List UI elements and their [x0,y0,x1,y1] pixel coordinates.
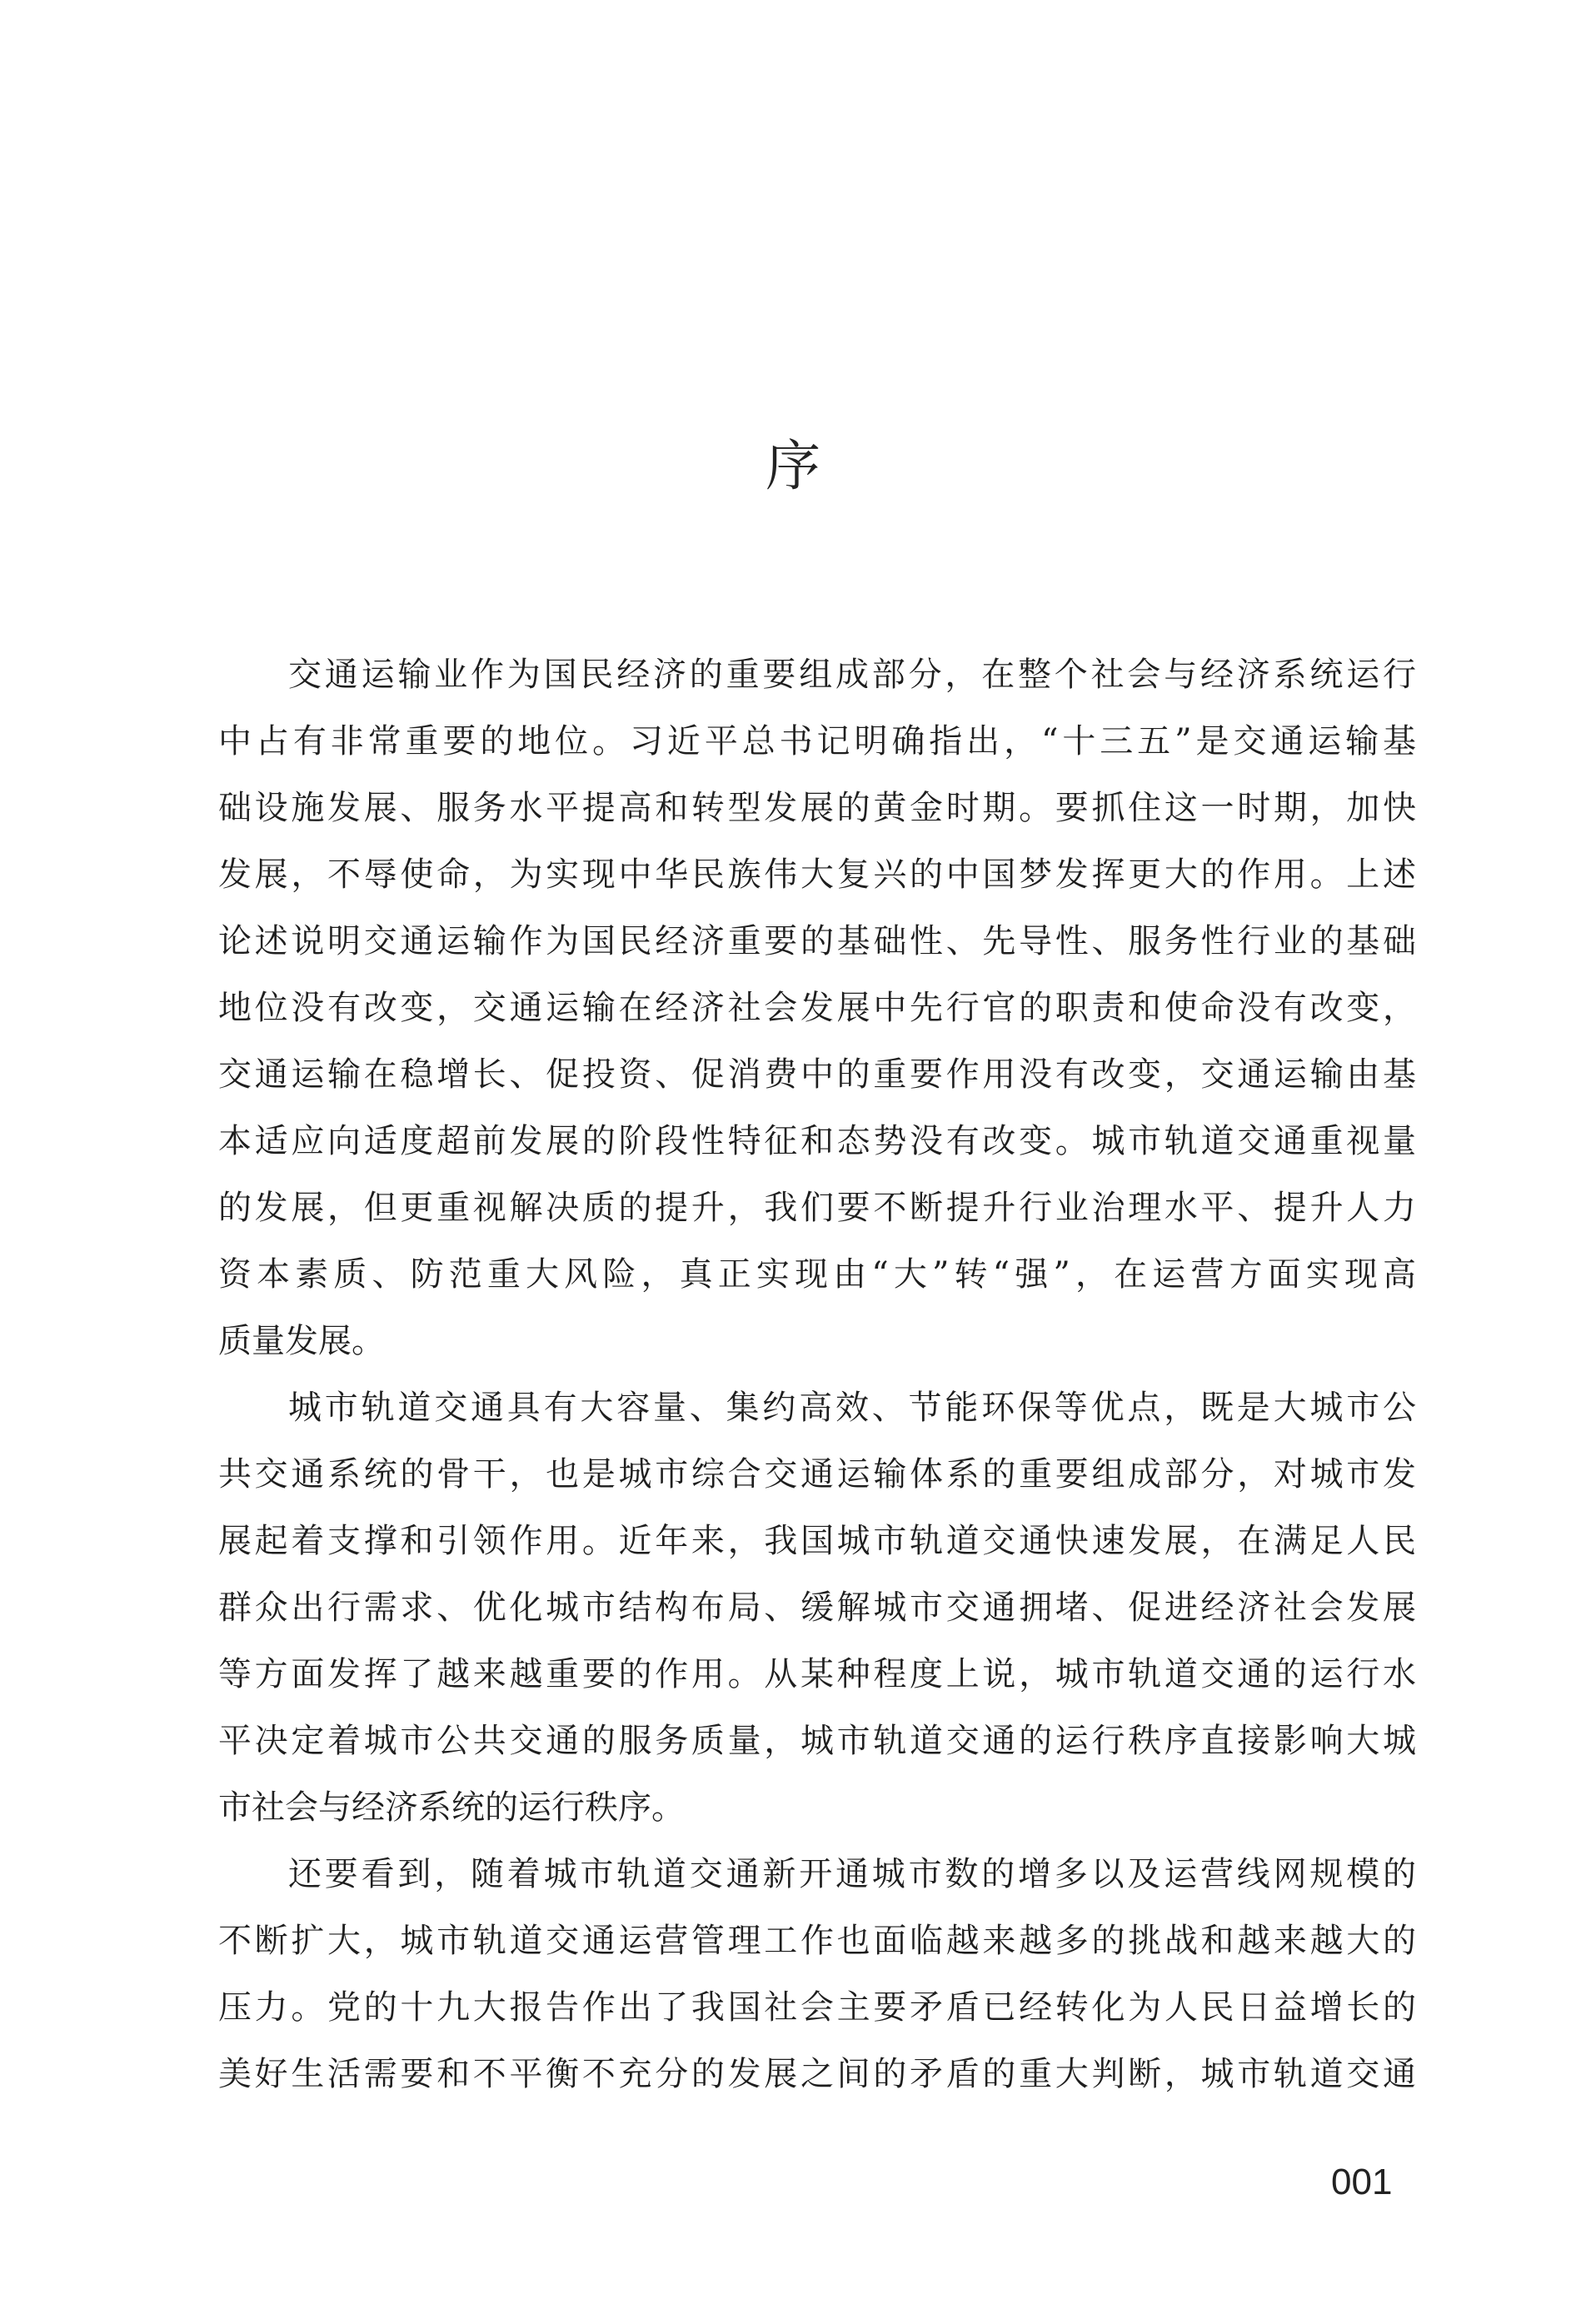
text-line: 还要看到，随着城市轨道交通新开通城市数的增多以及运营线网规模的 [218,1851,1416,1918]
paragraph-2: 城市轨道交通具有大容量、集约高效、节能环保等优点，既是大城市公 共交通系统的骨干… [218,1384,1418,1851]
text-line: 质量发展。 [218,1318,1416,1384]
text-line: 论述说明交通运输作为国民经济重要的基础性、先导性、服务性行业的基础 [218,918,1416,985]
page-title: 序 [0,433,1586,500]
text-line: 交通运输在稳增长、促投资、促消费中的重要作用没有改变，交通运输由基 [218,1051,1416,1118]
text-line: 共交通系统的骨干，也是城市综合交通运输体系的重要组成部分，对城市发 [218,1451,1416,1518]
paragraph-1: 交通运输业作为国民经济的重要组成部分，在整个社会与经济系统运行 中占有非常重要的… [218,651,1418,1384]
text-line: 城市轨道交通具有大容量、集约高效、节能环保等优点，既是大城市公 [218,1384,1416,1451]
text-line: 资本素质、防范重大风险，真正实现由“大”转“强”，在运营方面实现高 [218,1251,1416,1318]
text-line: 等方面发挥了越来越重要的作用。从某种程度上说，城市轨道交通的运行水 [218,1651,1416,1718]
text-line: 地位没有改变，交通运输在经济社会发展中先行官的职责和使命没有改变， [218,985,1416,1051]
text-line: 压力。党的十九大报告作出了我国社会主要矛盾已经转化为人民日益增长的 [218,1984,1416,2051]
page-number: 001 [1331,2161,1392,2204]
text-line: 础设施发展、服务水平提高和转型发展的黄金时期。要抓住这一时期，加快 [218,785,1416,851]
text-line: 交通运输业作为国民经济的重要组成部分，在整个社会与经济系统运行 [218,651,1416,718]
text-line: 平决定着城市公共交通的服务质量，城市轨道交通的运行秩序直接影响大城 [218,1718,1416,1784]
text-line: 不断扩大，城市轨道交通运营管理工作也面临越来越多的挑战和越来越大的 [218,1918,1416,1984]
text-line: 发展，不辱使命，为实现中华民族伟大复兴的中国梦发挥更大的作用。上述 [218,851,1416,918]
text-line: 群众出行需求、优化城市结构布局、缓解城市交通拥堵、促进经济社会发展 [218,1584,1416,1651]
text-line: 美好生活需要和不平衡不充分的发展之间的矛盾的重大判断，城市轨道交通 [218,2051,1416,2117]
paragraph-3: 还要看到，随着城市轨道交通新开通城市数的增多以及运营线网规模的 不断扩大，城市轨… [218,1851,1418,2117]
text-line: 展起着支撑和引领作用。近年来，我国城市轨道交通快速发展，在满足人民 [218,1518,1416,1584]
text-line: 本适应向适度超前发展的阶段性特征和态势没有改变。城市轨道交通重视量 [218,1118,1416,1184]
text-line: 市社会与经济系统的运行秩序。 [218,1784,1416,1851]
body-text: 交通运输业作为国民经济的重要组成部分，在整个社会与经济系统运行 中占有非常重要的… [218,651,1418,2117]
text-line: 中占有非常重要的地位。习近平总书记明确指出，“十三五”是交通运输基 [218,718,1416,785]
text-line: 的发展，但更重视解决质的提升，我们要不断提升行业治理水平、提升人力 [218,1184,1416,1251]
